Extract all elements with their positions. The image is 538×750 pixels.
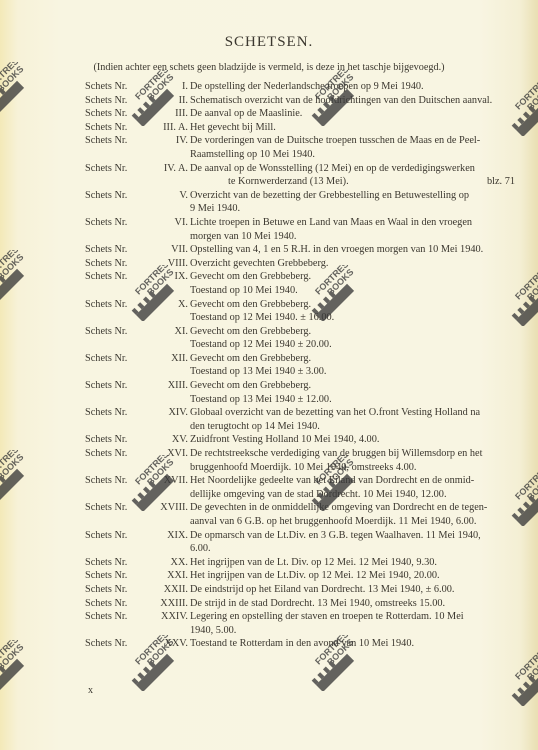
entry-number: XXII. xyxy=(164,583,188,597)
entry-description-line: Overzicht van de bezetting der Grebbeste… xyxy=(190,189,515,203)
entry-number: XXV. xyxy=(164,637,188,651)
entry-description: Zuidfront Vesting Holland 10 Mei 1940, 4… xyxy=(190,433,515,447)
entry-number: II. xyxy=(179,94,188,108)
page-subtitle: (Indien achter een schets geen bladzijde… xyxy=(0,62,538,73)
entry-description: Globaal overzicht van de bezetting van h… xyxy=(190,406,515,433)
sketch-entry: Schets Nr.II.Schematisch overzicht van d… xyxy=(0,94,538,108)
entry-label: Schets Nr. xyxy=(85,121,127,135)
entry-number: XIII. xyxy=(168,379,188,393)
sketch-entry: Schets Nr.III.De aanval op de Maaslinie. xyxy=(0,107,538,121)
entry-description-line: De opmarsch van de Lt.Div. en 3 G.B. teg… xyxy=(190,529,515,543)
sketch-entry: Schets Nr.III. A.Het gevecht bij Mill. xyxy=(0,121,538,135)
entry-label: Schets Nr. xyxy=(85,501,127,515)
sketch-entry: Schets Nr.V.Overzicht van de bezetting d… xyxy=(0,189,538,216)
entry-description: De eindstrijd op het Eiland van Dordrech… xyxy=(190,583,515,597)
entry-description: Overzicht van de bezetting der Grebbeste… xyxy=(190,189,515,216)
entry-description-line: dellijke omgeving van de stad Dordrecht.… xyxy=(190,488,515,502)
entry-number: V. xyxy=(179,189,188,203)
entry-label: Schets Nr. xyxy=(85,474,127,488)
sketch-entry: Schets Nr.XV.Zuidfront Vesting Holland 1… xyxy=(0,433,538,447)
entry-description-line: De eindstrijd op het Eiland van Dordrech… xyxy=(190,583,515,597)
entry-label: Schets Nr. xyxy=(85,637,127,651)
sketch-entry: Schets Nr.IV.De vorderingen van de Duits… xyxy=(0,134,538,161)
entry-label: Schets Nr. xyxy=(85,556,127,570)
entry-label: Schets Nr. xyxy=(85,189,127,203)
entry-description-line: Gevecht om den Grebbeberg. xyxy=(190,325,515,339)
entry-number: XI. xyxy=(175,325,188,339)
entry-description: De aanval op de Maaslinie. xyxy=(190,107,515,121)
entry-label: Schets Nr. xyxy=(85,447,127,461)
entry-description: De aanval op de Wonsstelling (12 Mei) en… xyxy=(190,162,515,189)
entry-label: Schets Nr. xyxy=(85,270,127,284)
sketch-entry: Schets Nr.XXV.Toestand te Rotterdam in d… xyxy=(0,637,538,651)
entry-description: Overzicht gevechten Grebbeberg. xyxy=(190,257,515,271)
entry-label: Schets Nr. xyxy=(85,298,127,312)
entry-description-line: Opstelling van 4, 1 en 5 R.H. in den vro… xyxy=(190,243,515,257)
sketch-entry: Schets Nr.XII.Gevecht om den Grebbeberg.… xyxy=(0,352,538,379)
entry-description-line: Het ingrijpen van de Lt.Div. op 12 Mei. … xyxy=(190,569,515,583)
entry-description-line: Zuidfront Vesting Holland 10 Mei 1940, 4… xyxy=(190,433,515,447)
entry-description-line: De aanval op de Wonsstelling (12 Mei) en… xyxy=(190,162,515,176)
entry-description: De opstelling der Nederlandsche troepen … xyxy=(190,80,515,94)
entry-description: Gevecht om den Grebbeberg.Toestand op 10… xyxy=(190,270,515,297)
entry-label: Schets Nr. xyxy=(85,379,127,393)
entry-description-line: bruggenhoofd Moerdijk. 10 Mei 1940, omst… xyxy=(190,461,515,475)
entry-description-line: De strijd in de stad Dordrecht. 13 Mei 1… xyxy=(190,597,515,611)
entry-label: Schets Nr. xyxy=(85,80,127,94)
entry-description: De vorderingen van de Duitsche troepen t… xyxy=(190,134,515,161)
entry-description: De rechtstreeksche verdediging van de br… xyxy=(190,447,515,474)
entry-label: Schets Nr. xyxy=(85,257,127,271)
entry-description-line: De aanval op de Maaslinie. xyxy=(190,107,515,121)
entry-description-line: Gevecht om den Grebbeberg. xyxy=(190,379,515,393)
sketch-entry: Schets Nr.XXII.De eindstrijd op het Eila… xyxy=(0,583,538,597)
entry-description: Opstelling van 4, 1 en 5 R.H. in den vro… xyxy=(190,243,515,257)
entry-number: XXIV. xyxy=(161,610,188,624)
entry-description-line: Toestand op 10 Mei 1940. xyxy=(190,284,515,298)
entry-label: Schets Nr. xyxy=(85,243,127,257)
sketch-entry: Schets Nr.IV. A.De aanval op de Wonsstel… xyxy=(0,162,538,189)
entry-description: Gevecht om den Grebbeberg.Toestand op 12… xyxy=(190,298,515,325)
entry-description-line: Het Noordelijke gedeelte van het Eiland … xyxy=(190,474,515,488)
entry-number: XXI. xyxy=(167,569,188,583)
entry-number: IX. xyxy=(175,270,188,284)
entry-description-line: Toestand op 12 Mei 1940. ± 16.00. xyxy=(190,311,515,325)
entry-description-line: Overzicht gevechten Grebbeberg. xyxy=(190,257,515,271)
entry-description: Het Noordelijke gedeelte van het Eiland … xyxy=(190,474,515,501)
svg-text:FORTRESS: FORTRESS xyxy=(513,650,538,682)
entry-description-line: Globaal overzicht van de bezetting van h… xyxy=(190,406,515,420)
entry-number: XVI. xyxy=(167,447,188,461)
sketch-entry: Schets Nr.XVIII.De gevechten in de onmid… xyxy=(0,501,538,528)
entry-label: Schets Nr. xyxy=(85,216,127,230)
sketch-entry: Schets Nr.XVI.De rechtstreeksche verdedi… xyxy=(0,447,538,474)
entry-number: XIV. xyxy=(168,406,188,420)
entry-description: Lichte troepen in Betuwe en Land van Maa… xyxy=(190,216,515,243)
page-number: x xyxy=(88,685,93,696)
sketch-entry: Schets Nr.XXIII.De strijd in de stad Dor… xyxy=(0,597,538,611)
entry-number: I. xyxy=(182,80,188,94)
entry-page-reference: blz. 71 xyxy=(487,175,515,189)
entry-number: XIX. xyxy=(167,529,188,543)
document-page: SCHETSEN. (Indien achter een schets geen… xyxy=(0,0,538,750)
entry-label: Schets Nr. xyxy=(85,162,127,176)
entry-label: Schets Nr. xyxy=(85,529,127,543)
entry-number: VIII. xyxy=(168,257,188,271)
entry-number: VI. xyxy=(175,216,188,230)
entry-number: XX. xyxy=(171,556,188,570)
entry-description-line: Schematisch overzicht van de hoofdrichti… xyxy=(190,94,515,108)
entry-description: Het ingrijpen van de Lt.Div. op 12 Mei. … xyxy=(190,569,515,583)
entry-description: De gevechten in de onmiddellijke omgevin… xyxy=(190,501,515,528)
entry-number: XV. xyxy=(172,433,188,447)
entry-description-line: Legering en opstelling der staven en tro… xyxy=(190,610,515,624)
entry-description-line: 1940, 5.00. xyxy=(190,624,515,638)
sketch-entry: Schets Nr.XXIV.Legering en opstelling de… xyxy=(0,610,538,637)
entry-number: III. xyxy=(175,107,188,121)
entry-description: Het gevecht bij Mill. xyxy=(190,121,515,135)
entry-description-line: Het ingrijpen van de Lt. Div. op 12 Mei.… xyxy=(190,556,515,570)
entry-label: Schets Nr. xyxy=(85,134,127,148)
sketch-entry: Schets Nr.IX.Gevecht om den Grebbeberg.T… xyxy=(0,270,538,297)
sketch-entry: Schets Nr.VI.Lichte troepen in Betuwe en… xyxy=(0,216,538,243)
entry-description: Legering en opstelling der staven en tro… xyxy=(190,610,515,637)
entry-description-line: De vorderingen van de Duitsche troepen t… xyxy=(190,134,515,148)
entry-description-line: Toestand op 13 Mei 1940 ± 12.00. xyxy=(190,393,515,407)
entry-description-line: Lichte troepen in Betuwe en Land van Maa… xyxy=(190,216,515,230)
entry-number: XXIII. xyxy=(160,597,188,611)
entry-label: Schets Nr. xyxy=(85,94,127,108)
sketch-entry: Schets Nr.XX.Het ingrijpen van de Lt. Di… xyxy=(0,556,538,570)
watermark-logo-icon: FORTRESSBOOKS xyxy=(500,650,538,706)
entry-number: III. A. xyxy=(163,121,188,135)
entry-description-line: Gevecht om den Grebbeberg. xyxy=(190,270,515,284)
sketch-entry: Schets Nr.I.De opstelling der Nederlands… xyxy=(0,80,538,94)
sketch-entry: Schets Nr.XIII.Gevecht om den Grebbeberg… xyxy=(0,379,538,406)
entry-description-line: Toestand op 12 Mei 1940 ± 20.00. xyxy=(190,338,515,352)
sketch-list: Schets Nr.I.De opstelling der Nederlands… xyxy=(0,80,538,651)
entry-number: XII. xyxy=(171,352,188,366)
entry-description-line: aanval van 6 G.B. op het bruggenhoofd Mo… xyxy=(190,515,515,529)
entry-description-line: De gevechten in de onmiddellijke omgevin… xyxy=(190,501,515,515)
sketch-entry: Schets Nr.XVII.Het Noordelijke gedeelte … xyxy=(0,474,538,501)
entry-description: Gevecht om den Grebbeberg.Toestand op 13… xyxy=(190,352,515,379)
page-title: SCHETSEN. xyxy=(0,34,538,51)
entry-description: Schematisch overzicht van de hoofdrichti… xyxy=(190,94,515,108)
sketch-entry: Schets Nr.XIX.De opmarsch van de Lt.Div.… xyxy=(0,529,538,556)
entry-description: De opmarsch van de Lt.Div. en 3 G.B. teg… xyxy=(190,529,515,556)
entry-number: IV. xyxy=(176,134,188,148)
entry-description-line: De opstelling der Nederlandsche troepen … xyxy=(190,80,515,94)
entry-description-line: te Kornwerderzand (13 Mei). xyxy=(190,175,515,189)
entry-label: Schets Nr. xyxy=(85,610,127,624)
entry-description-line: Het gevecht bij Mill. xyxy=(190,121,515,135)
entry-description-line: De rechtstreeksche verdediging van de br… xyxy=(190,447,515,461)
entry-description-line: Raamstelling op 10 Mei 1940. xyxy=(190,148,515,162)
entry-number: XVIII. xyxy=(160,501,188,515)
svg-text:BOOKS: BOOKS xyxy=(525,652,538,682)
entry-description-line: morgen van 10 Mei 1940. xyxy=(190,230,515,244)
entry-label: Schets Nr. xyxy=(85,352,127,366)
entry-number: XVII. xyxy=(164,474,188,488)
entry-number: VII. xyxy=(171,243,188,257)
entry-number: IV. A. xyxy=(164,162,188,176)
entry-description-line: Toestand te Rotterdam in den avond van 1… xyxy=(190,637,515,651)
entry-label: Schets Nr. xyxy=(85,325,127,339)
entry-label: Schets Nr. xyxy=(85,406,127,420)
sketch-entry: Schets Nr.XI.Gevecht om den Grebbeberg.T… xyxy=(0,325,538,352)
entry-description: Het ingrijpen van de Lt. Div. op 12 Mei.… xyxy=(190,556,515,570)
entry-description-line: 6.00. xyxy=(190,542,515,556)
entry-label: Schets Nr. xyxy=(85,597,127,611)
entry-description-line: den terugtocht op 14 Mei 1940. xyxy=(190,420,515,434)
entry-number: X. xyxy=(178,298,188,312)
entry-label: Schets Nr. xyxy=(85,433,127,447)
sketch-entry: Schets Nr.XIV.Globaal overzicht van de b… xyxy=(0,406,538,433)
entry-description-line: Gevecht om den Grebbeberg. xyxy=(190,352,515,366)
sketch-entry: Schets Nr.VIII.Overzicht gevechten Grebb… xyxy=(0,257,538,271)
entry-description: Gevecht om den Grebbeberg.Toestand op 12… xyxy=(190,325,515,352)
entry-description-line: 9 Mei 1940. xyxy=(190,202,515,216)
entry-label: Schets Nr. xyxy=(85,569,127,583)
entry-description-line: Toestand op 13 Mei 1940 ± 3.00. xyxy=(190,365,515,379)
entry-label: Schets Nr. xyxy=(85,583,127,597)
sketch-entry: Schets Nr.XXI.Het ingrijpen van de Lt.Di… xyxy=(0,569,538,583)
entry-description: Toestand te Rotterdam in den avond van 1… xyxy=(190,637,515,651)
sketch-entry: Schets Nr.X.Gevecht om den Grebbeberg.To… xyxy=(0,298,538,325)
entry-description: Gevecht om den Grebbeberg.Toestand op 13… xyxy=(190,379,515,406)
entry-label: Schets Nr. xyxy=(85,107,127,121)
entry-description: De strijd in de stad Dordrecht. 13 Mei 1… xyxy=(190,597,515,611)
sketch-entry: Schets Nr.VII.Opstelling van 4, 1 en 5 R… xyxy=(0,243,538,257)
entry-description-line: Gevecht om den Grebbeberg. xyxy=(190,298,515,312)
